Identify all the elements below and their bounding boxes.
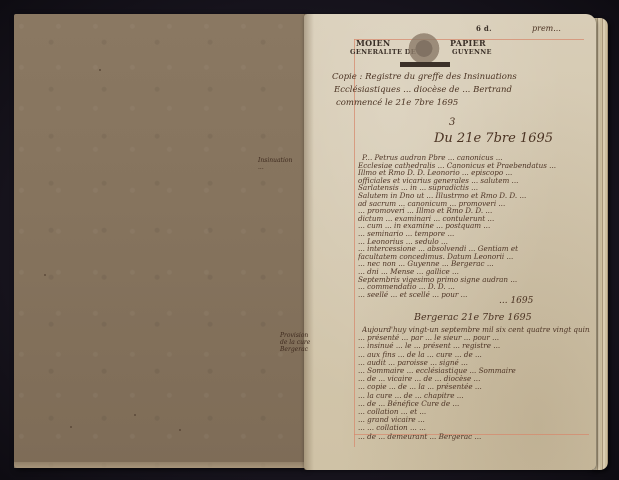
book-cover-left <box>14 14 306 468</box>
cover-lower-edge <box>14 462 306 468</box>
manuscript-line: ... de ... demeurant ... Bergerac ... <box>358 432 586 442</box>
cover-speck <box>179 429 181 431</box>
entry-date-heading: Du 21e 7bre 1695 <box>434 131 553 146</box>
manuscript-line: ... seellé ... et scellé ... pour ... <box>358 290 586 300</box>
cover-speck <box>44 274 46 276</box>
stamp-text: GUYENNE <box>452 48 492 56</box>
page-gutter-shadow <box>304 14 314 470</box>
manuscript-page: MOIEN GENERALITE DE PAPIER GUYENNE 6 d. … <box>304 14 596 470</box>
cover-speck <box>70 426 72 428</box>
register-title-line: Copie : Registre du greffe des Insinuati… <box>332 72 517 82</box>
cover-speck <box>99 69 101 71</box>
stamp-text: PAPIER <box>450 38 486 48</box>
margin-note: Insinuation ... <box>258 157 292 171</box>
corner-note: prem... <box>532 24 561 33</box>
margin-note: Provision de la cure Bergerac <box>280 332 310 353</box>
cover-speck <box>134 414 136 416</box>
register-title-line: Ecclésiastiques ... diocèse de ... Bertr… <box>334 85 512 95</box>
stamp-emblem-icon <box>402 32 446 62</box>
folio-number: 3 <box>449 117 455 128</box>
stamp-value: 6 d. <box>476 24 492 33</box>
stamp-band <box>400 62 450 67</box>
register-title-line: commencé le 21e 7bre 1695 <box>336 98 458 108</box>
fiscal-stamp: MOIEN GENERALITE DE PAPIER GUYENNE 6 d. <box>350 32 495 70</box>
entry-date-heading: Bergerac 21e 7bre 1695 <box>414 312 532 323</box>
stamp-text: MOIEN <box>356 38 390 48</box>
signature: ... 1695 <box>499 296 533 306</box>
